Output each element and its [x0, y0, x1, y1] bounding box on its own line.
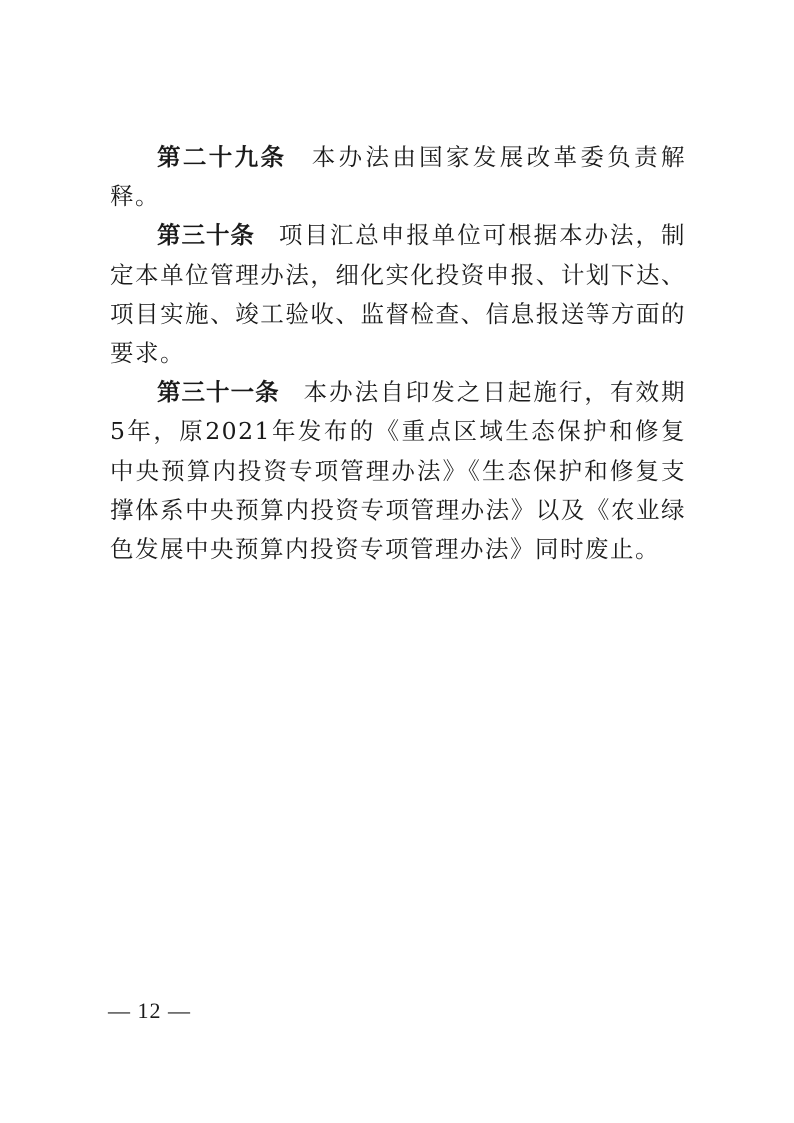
- article-29: 第二十九条本办法由国家发展改革委负责解释。: [110, 138, 686, 216]
- article-title: 第三十条: [157, 221, 255, 249]
- page-number: — 12 —: [108, 998, 191, 1024]
- article-30: 第三十条项目汇总申报单位可根据本办法，制定本单位管理办法，细化实化投资申报、计划…: [110, 216, 686, 373]
- document-body: 第二十九条本办法由国家发展改革委负责解释。 第三十条项目汇总申报单位可根据本办法…: [110, 138, 686, 569]
- article-title: 第二十九条: [157, 143, 286, 171]
- article-31: 第三十一条本办法自印发之日起施行，有效期5年，原2021年发布的《重点区域生态保…: [110, 373, 686, 569]
- article-title: 第三十一条: [157, 378, 280, 406]
